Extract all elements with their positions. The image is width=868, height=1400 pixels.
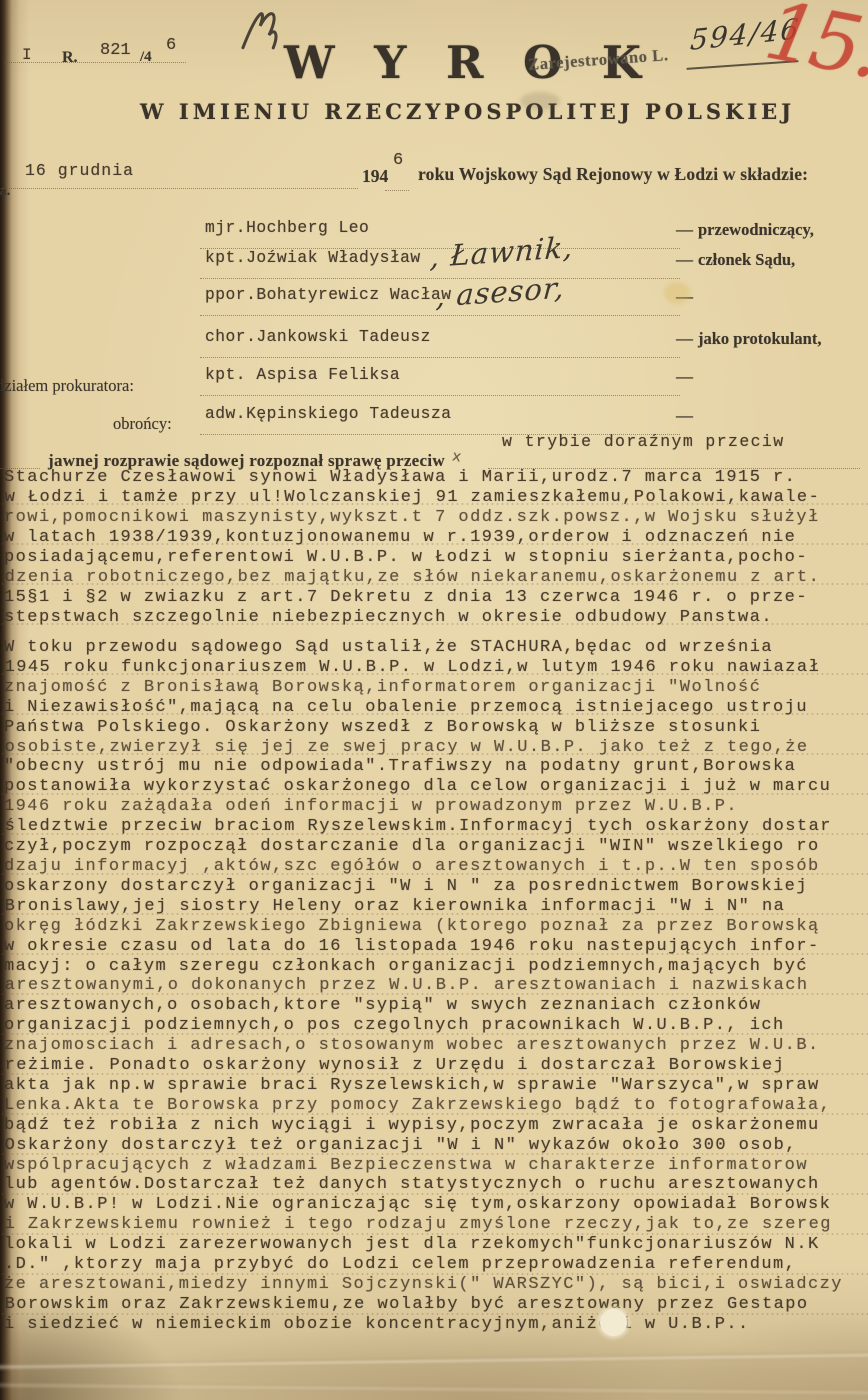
red-pencil-mark: 15. — [759, 0, 868, 90]
panel-name: kpt. Aspisa Feliksa — [205, 365, 400, 384]
paper-crease — [0, 1352, 868, 1371]
panel-name: ppor.Bohatyrewicz Wacław — [205, 285, 452, 304]
panel-name: adw.Kępinskiego Tadeusza — [205, 404, 452, 423]
date-dotted-line — [2, 172, 358, 189]
hole-punch — [600, 1309, 627, 1336]
paper-crease — [0, 1382, 868, 1396]
verdict-paragraph-accused: Stachurze Czesławowi synowi Władysława i… — [4, 468, 866, 628]
year-digit-typed: 6 — [393, 151, 403, 170]
panel-name: kpt.Joźwiak Władysław — [205, 248, 421, 267]
procedure-mode-typed: w trybie doraźnym przeciw — [502, 432, 785, 451]
panel-dash: — — [676, 367, 693, 387]
paper-stain — [664, 282, 690, 304]
scanned-verdict-page: I R. 821 /4 6 W Y R O K Zarejestrowano L… — [0, 0, 868, 1400]
panel-dash: — — [676, 220, 693, 240]
panel-row-4: chor.Jankowski Tadeusz — jako protokulan… — [0, 327, 868, 361]
handwritten-scribble — [234, 0, 287, 57]
panel-dash: — — [676, 250, 693, 270]
prosecutor-label: działem prokuratora: — [0, 376, 134, 396]
panel-dash: — — [676, 406, 693, 426]
year-dotted-line — [385, 174, 409, 191]
panel-role: przewodniczący, — [698, 220, 814, 240]
panel-dash: — — [676, 329, 693, 349]
form-dotted-line — [488, 452, 860, 469]
panel-role: jako protokulant, — [698, 329, 821, 349]
verdict-paragraph-findings: W toku przewodu sądowego Sąd ustalił,że … — [4, 638, 866, 1335]
page-subtitle: W IMIENIU RZECZYPOSPOLITEJ POLSKIEJ — [140, 99, 795, 124]
panel-role: członek Sądu, — [698, 250, 795, 270]
ink-smudge — [520, 92, 560, 110]
defender-label: obrońcy: — [113, 414, 172, 434]
panel-name: chor.Jankowski Tadeusz — [205, 327, 431, 346]
case-dotted-line — [4, 46, 186, 63]
panel-name: mjr.Hochberg Leo — [205, 218, 369, 237]
panel-row-2: kpt.Joźwiak Władysław , Ławnik, — człone… — [0, 248, 868, 282]
overstrike-mark: x — [451, 448, 463, 466]
composition-intro: roku Wojskowy Sąd Rejonowy w Łodzi w skł… — [418, 164, 808, 185]
margin-dotted-fragment — [0, 452, 40, 469]
panel-row-3: ppor.Bohatyrewicz Wacław , asesor, — — [0, 285, 868, 319]
